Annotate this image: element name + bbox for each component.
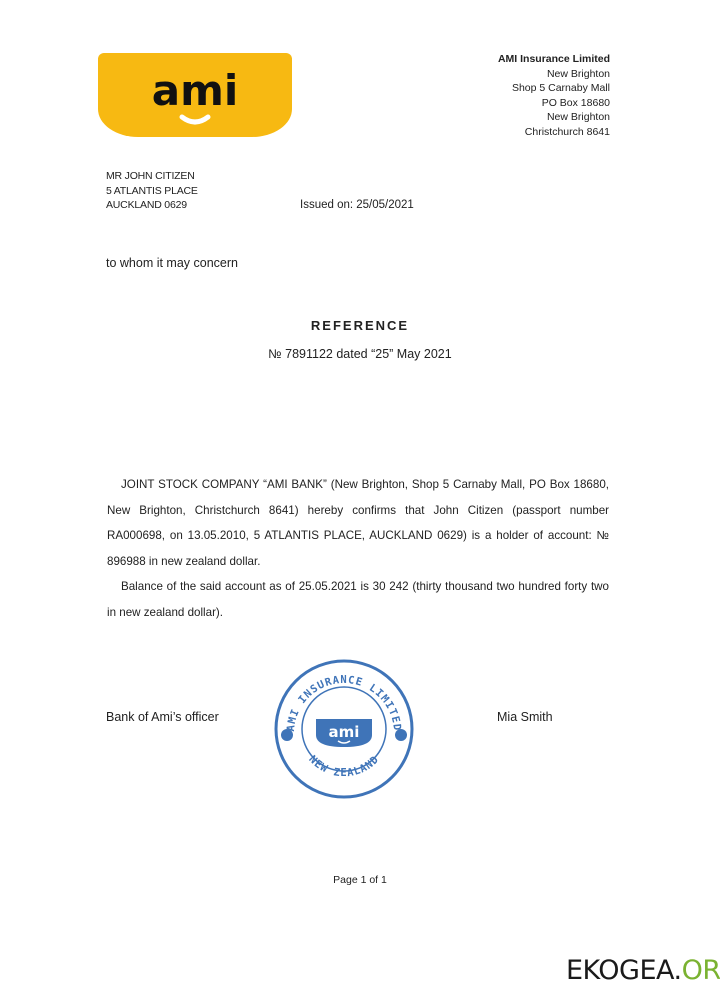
recipient-line: MR JOHN CITIZEN [106,169,198,184]
ami-logo: ami [98,53,292,137]
sender-company: AMI Insurance Limited [440,52,610,67]
sender-line: PO Box 18680 [440,96,610,111]
watermark-part1: EKOGEA. [566,955,682,986]
sender-address: AMI Insurance Limited New Brighton Shop … [440,52,610,140]
issued-date: Issued on: 25/05/2021 [300,199,414,211]
stamp-bottom-text: NEW ZEALAND [306,753,381,779]
page-number: Page 1 of 1 [0,874,720,886]
watermark-part2: ORG [682,955,720,986]
officer-name: Mia Smith [497,710,553,724]
recipient-line: 5 ATLANTIS PLACE [106,184,198,199]
salutation: to whom it may concern [106,256,238,270]
reference-number: № 7891122 dated “25” May 2021 [0,347,720,361]
sender-line: Christchurch 8641 [440,125,610,140]
recipient-line: AUCKLAND 0629 [106,198,198,213]
stamp-seal: AMI INSURANCE LIMITED NEW ZEALAND ami [272,657,416,801]
letter-body: JOINT STOCK COMPANY “AMI BANK” (New Brig… [107,472,609,625]
body-paragraph-balance: Balance of the said account as of 25.05.… [107,574,609,625]
officer-label: Bank of Ami’s officer [106,710,219,724]
body-paragraph-confirmation: JOINT STOCK COMPANY “AMI BANK” (New Brig… [107,472,609,574]
ami-logo-mark: ami [98,53,292,137]
sender-line: New Brighton [440,67,610,82]
svg-text:NEW ZEALAND: NEW ZEALAND [306,753,381,779]
stamp-logo-text: ami [329,723,360,741]
logo-wordmark: ami [152,66,239,115]
sender-line: New Brighton [440,110,610,125]
company-stamp: AMI INSURANCE LIMITED NEW ZEALAND ami [272,657,416,801]
reference-title: REFERENCE [0,318,720,333]
sender-line: Shop 5 Carnaby Mall [440,81,610,96]
recipient-address: MR JOHN CITIZEN 5 ATLANTIS PLACE AUCKLAN… [106,169,198,213]
watermark: EKOGEA.ORG [566,955,720,986]
